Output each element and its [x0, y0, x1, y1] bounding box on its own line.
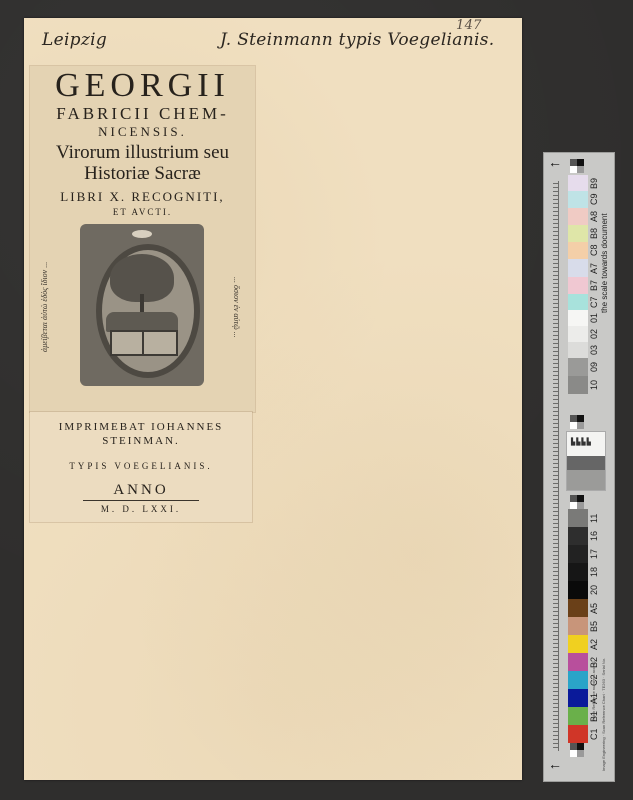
color-reference-card: ← the scale towards document ▙▙▙▙ Patch …: [543, 152, 615, 782]
printers-device: ἀμείβεται ἀὐτὼ ἑδὸς ἴδιον ... ... ὅσιον …: [30, 224, 255, 394]
auct-line: ET AVCTI.: [30, 206, 255, 218]
gray-reference-square: [570, 415, 584, 429]
author-name-line3: NICENSIS.: [30, 124, 255, 140]
gray-reference-square: [570, 743, 584, 757]
books-line: LIBRI X. RECOGNITI,: [30, 188, 255, 206]
gray-reference-square: [570, 495, 584, 509]
anno-rule: [83, 500, 199, 501]
color-patch-label: 17: [589, 545, 599, 563]
color-patch-label: C9: [589, 191, 599, 208]
color-patch-label: 11: [589, 509, 599, 527]
color-patch-label: B1: [589, 707, 599, 725]
color-patch-label: A7: [589, 259, 599, 277]
document-page: Leipzig J. Steinmann typis Voegelianis. …: [24, 18, 522, 780]
color-patch-label: A2: [589, 635, 599, 653]
color-patch-b5: [568, 617, 588, 635]
color-patch-label: 16: [589, 527, 599, 545]
color-patch-label: 03: [589, 342, 599, 358]
arrow-left-icon: ←: [548, 157, 562, 171]
woodcut-motto-left: ἀμείβεται ἀὐτὼ ἑδὸς ἴδιον ...: [40, 232, 49, 382]
woodcut-figures: [106, 312, 178, 332]
handwritten-shelf-number: 147: [456, 18, 482, 33]
color-patch-a7: [568, 259, 588, 277]
color-patch-20: [568, 581, 588, 599]
imprint-line1: IMPRIMEBAT IOHANNES: [30, 420, 252, 434]
title-slip: GEORGII FABRICII CHEM- NICENSIS. Virorum…: [30, 66, 255, 412]
woodcut-chest: [110, 330, 178, 356]
author-name-line2: FABRICII CHEM-: [30, 104, 255, 124]
imprint-slip: IMPRIMEBAT IOHANNES STEINMAN. TYPIS VOEG…: [30, 412, 252, 522]
color-patch-b9: [568, 175, 588, 191]
woodcut-crown: [132, 230, 152, 238]
resolution-target: ▙▙▙▙: [566, 431, 606, 491]
color-patch-c9: [568, 191, 588, 208]
woodcut-image: [80, 224, 204, 386]
publication-year: M. D. LXXI.: [30, 503, 252, 515]
mm-ruler: [548, 181, 559, 751]
color-patch-label: A1: [589, 689, 599, 707]
color-patch-c2: [568, 671, 588, 689]
color-patch-17: [568, 545, 588, 563]
scale-instruction: the scale towards document: [600, 183, 612, 343]
color-patch-02: [568, 326, 588, 342]
color-patch-11: [568, 509, 588, 527]
color-patch-a2: [568, 635, 588, 653]
color-patch-16: [568, 527, 588, 545]
color-patch-label: 02: [589, 326, 599, 342]
color-patch-label: C2: [589, 671, 599, 689]
color-patch-01: [568, 310, 588, 326]
color-patch-b7: [568, 277, 588, 294]
color-patch-b8: [568, 225, 588, 242]
woodcut-motto-right: ... ὅσιον ἐν αὐτῷ ...: [232, 232, 241, 382]
color-patch-10: [568, 376, 588, 394]
book-title-line2: Historiæ Sacræ: [30, 163, 255, 184]
handwritten-printer-note: J. Steinmann typis Voegelianis.: [220, 30, 494, 50]
color-patch-label: B9: [589, 175, 599, 191]
gray-reference-square: [570, 159, 584, 173]
color-patch-label: A8: [589, 208, 599, 225]
color-patch-c1: [568, 725, 588, 743]
handwritten-place-note: Leipzig: [42, 30, 107, 50]
book-title-line1: Virorum illustrium seu: [30, 142, 255, 163]
imprint-line2: STEINMAN.: [30, 434, 252, 448]
color-patch-label: 10: [589, 376, 599, 394]
color-patch-label: 18: [589, 563, 599, 581]
color-patch-label: 01: [589, 310, 599, 326]
color-patch-b1: [568, 707, 588, 725]
color-patch-label: B8: [589, 225, 599, 242]
color-patch-label: C8: [589, 242, 599, 259]
resolution-dark-strip: [567, 456, 605, 470]
color-patch-c8: [568, 242, 588, 259]
color-patch-label: A5: [589, 599, 599, 617]
color-patch-label: B7: [589, 277, 599, 294]
color-patch-label: C1: [589, 725, 599, 743]
color-patch-a1: [568, 689, 588, 707]
resolution-bars: ▙▙▙▙: [571, 438, 592, 447]
anno-label: ANNO: [30, 482, 252, 498]
card-fineprint: Image Engineering · Scan Reference Chart…: [601, 601, 611, 771]
color-patch-b2: [568, 653, 588, 671]
color-patch-a5: [568, 599, 588, 617]
color-patch-18: [568, 563, 588, 581]
color-patch-c7: [568, 294, 588, 310]
color-patch-label: C7: [589, 294, 599, 310]
color-patch-label: 09: [589, 358, 599, 376]
color-patch-03: [568, 342, 588, 358]
color-patch-label: B5: [589, 617, 599, 635]
color-patch-label: B2: [589, 653, 599, 671]
color-patch-a8: [568, 208, 588, 225]
resolution-mid-strip: [567, 470, 605, 490]
typis-line: TYPIS VOEGELIANIS.: [30, 460, 252, 472]
arrow-left-icon: ←: [548, 759, 562, 773]
color-patch-09: [568, 358, 588, 376]
author-name-line1: GEORGII: [30, 68, 255, 104]
color-patch-label: 20: [589, 581, 599, 599]
